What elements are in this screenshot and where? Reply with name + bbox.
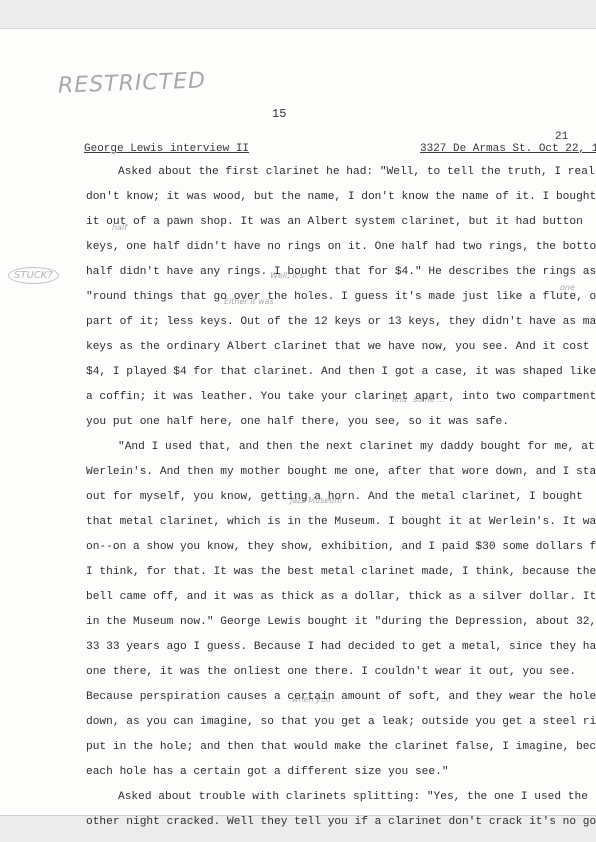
text-line: down, as you can imagine, so that you ge…	[86, 710, 596, 735]
text-line: Asked about the first clarinet he had: "…	[86, 160, 596, 185]
restricted-stamp: RESTRICTED	[58, 68, 207, 98]
text-line: part of it; less keys. Out of the 12 key…	[86, 310, 596, 335]
interview-transcript: Asked about the first clarinet he had: "…	[86, 160, 596, 835]
text-line: it out of a pawn shop. It was an Albert …	[86, 210, 596, 235]
text-line: you put one half here, one half there, y…	[86, 410, 596, 435]
text-line: other night cracked. Well they tell you …	[86, 810, 596, 835]
text-line: Werlein's. And then my mother bought me …	[86, 460, 596, 485]
text-line: "And I used that, and then the next clar…	[86, 435, 596, 460]
text-line: one there, it was the onliest one there.…	[86, 660, 596, 685]
text-line: I think, for that. It was the best metal…	[86, 560, 596, 585]
text-line: Asked about trouble with clarinets split…	[86, 785, 596, 810]
interview-address-date: 3327 De Armas St. Oct 22, 1'G	[420, 143, 596, 155]
margin-handwritten-note: STUCK?	[8, 267, 59, 284]
text-line: keys, one half didn't have no rings on i…	[86, 235, 596, 260]
text-line: a coffin; it was leather. You take your …	[86, 385, 596, 410]
text-line: on--on a show you know, they show, exhib…	[86, 535, 596, 560]
text-line: Because perspiration causes a certain am…	[86, 685, 596, 710]
text-line: keys as the ordinary Albert clarinet tha…	[86, 335, 596, 360]
text-line: out for myself, you know, getting a horn…	[86, 485, 596, 510]
text-line: "round things that go over the holes. I …	[86, 285, 596, 310]
page-number: 15	[272, 107, 286, 121]
text-line: 33 33 years ago I guess. Because I had d…	[86, 635, 596, 660]
text-line: $4, I played $4 for that clarinet. And t…	[86, 360, 596, 385]
text-line: half didn't have any rings. I bought tha…	[86, 260, 596, 285]
text-line: in the Museum now." George Lewis bought …	[86, 610, 596, 635]
text-line: each hole has a certain got a different …	[86, 760, 596, 785]
document-title: George Lewis interview II	[84, 143, 249, 155]
document-page: RESTRICTED STUCK? 15 George Lewis interv…	[0, 28, 596, 816]
text-line: don't know; it was wood, but the name, I…	[86, 185, 596, 210]
text-line: put in the hole; and then that would mak…	[86, 735, 596, 760]
text-line: bell came off, and it was as thick as a …	[86, 585, 596, 610]
header-sheet-number: 21	[555, 131, 568, 143]
text-line: that metal clarinet, which is in the Mus…	[86, 510, 596, 535]
